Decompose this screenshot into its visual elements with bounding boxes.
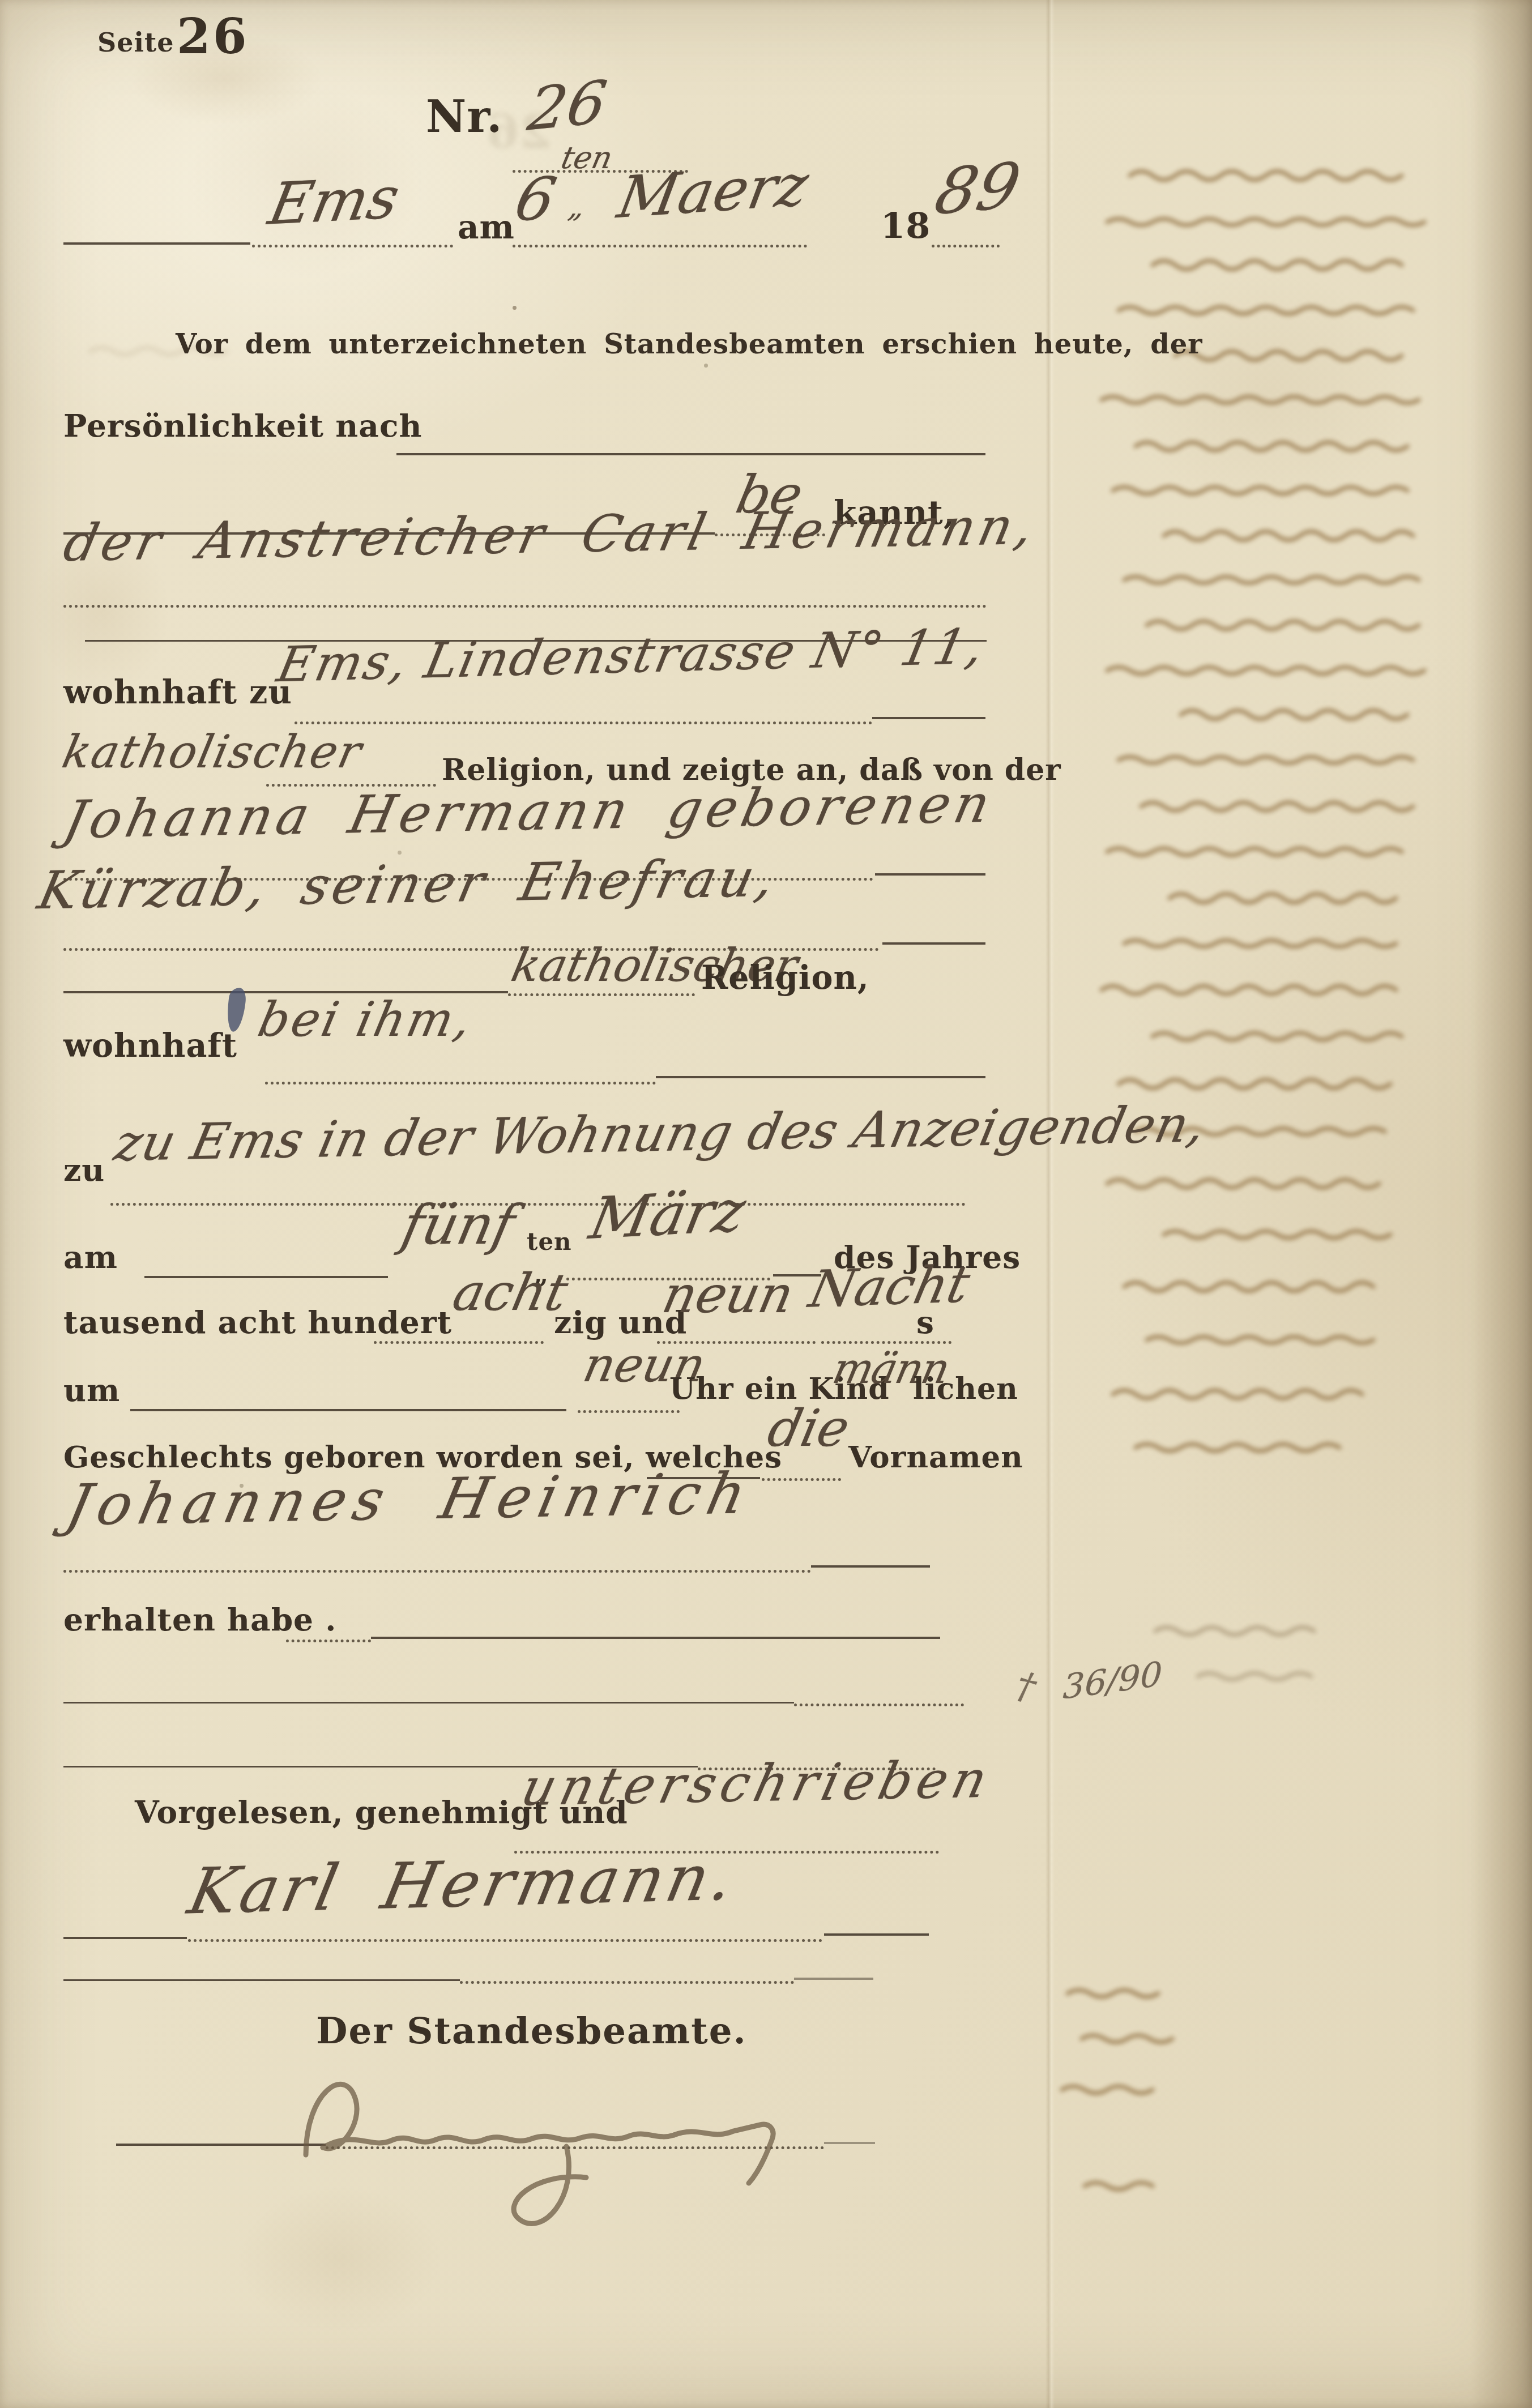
dotted-rule (932, 245, 1000, 247)
form-rule (824, 1933, 929, 1936)
form-rule (875, 873, 985, 876)
form-rule (63, 1979, 460, 1981)
seite-label: Seite (97, 29, 174, 55)
residence-label: wohnhaft zu (63, 676, 292, 708)
year-entry: 89 (930, 154, 1025, 224)
birthyear-printed-start: tausend acht hundert (63, 1307, 452, 1338)
ink-blot (225, 987, 247, 1033)
ink-speck (704, 364, 708, 368)
residence2-label: wohnhaft (63, 1030, 237, 1062)
dotted-rule (578, 1410, 680, 1413)
dotted-rule (286, 1640, 371, 1642)
form-rule (63, 1937, 187, 1939)
declarant-signature: Karl Hermann. (184, 1846, 742, 1923)
day-entry: 6 (510, 170, 561, 229)
ink-speck (513, 306, 517, 310)
attestation-handwritten: unterschrieben (517, 1754, 997, 1813)
intro-line1: Vor dem unterzeichneten Standesbeamten e… (176, 331, 1203, 358)
dotted-rule (513, 245, 807, 247)
dotted-rule (265, 1082, 656, 1085)
closing-printed: erhalten habe . (63, 1604, 336, 1635)
dotted-rule (252, 245, 453, 247)
dotted-rule (110, 1203, 966, 1206)
dotted-rule (63, 1570, 811, 1573)
form-rule (811, 1565, 930, 1568)
mother-name-entry: Johanna Hermann geborenen (59, 778, 998, 846)
form-rule (130, 1409, 566, 1411)
birthtime-label: um (63, 1374, 120, 1406)
birthplace-label: zu (63, 1154, 105, 1185)
birthyear-unit-entry: neun (658, 1270, 797, 1321)
dotted-rule (762, 1478, 841, 1481)
birthdate-suffix: ten (527, 1230, 572, 1254)
page-edge-shadow (1470, 0, 1532, 2408)
mother-maidenname-entry: Kürzab, seiner Ehefrau, (34, 852, 783, 917)
dotted-rule (374, 1341, 544, 1344)
form-rule (371, 1637, 940, 1639)
form-rule (872, 717, 985, 719)
bleedthrough-writing (1051, 0, 1532, 2408)
page-number: 26 (177, 12, 249, 61)
place-entry: Ems (264, 169, 404, 234)
article-handwritten: die (763, 1403, 854, 1454)
am-label: am (458, 211, 515, 244)
margin-cross-mark: † (1013, 1666, 1040, 1707)
dotted-rule (188, 1939, 822, 1942)
registrar-signature (266, 2039, 833, 2277)
form-rule (63, 242, 250, 245)
birthdate-day-entry: fünf (398, 1198, 519, 1252)
intro-line2-label: Persönlichkeit nach (63, 410, 422, 441)
birthyear-time-entry: Nacht (805, 1259, 974, 1316)
birthdate-month-entry: März (585, 1182, 750, 1248)
dotted-rule (508, 993, 695, 996)
form-rule (144, 1276, 388, 1278)
form-rule (63, 1702, 794, 1703)
dotted-rule (460, 1981, 794, 1984)
dotted-rule (794, 1703, 964, 1706)
birthdate-label: am (63, 1241, 118, 1273)
record-number-label: Nr. (426, 95, 502, 139)
form-rule (396, 453, 985, 455)
year-century: 18 (881, 208, 931, 244)
residence-entry: Ems, Lindenstrasse N° 11, (274, 622, 989, 689)
residence2-entry: bei ihm, (254, 996, 477, 1043)
declarant-entry: der Anstreicher Carl Hermann, (59, 501, 1042, 569)
religion2-printed: Religion, (701, 962, 869, 994)
birthyear-printed-end: s (916, 1307, 934, 1338)
month-entry: Maerz (613, 157, 812, 228)
vornamen-printed: Vornamen (848, 1442, 1023, 1472)
dotted-rule (821, 1341, 951, 1344)
dotted-rule (63, 605, 987, 608)
form-rule (656, 1076, 985, 1078)
religion1-entry: katholischer (58, 729, 366, 775)
dotted-rule (295, 721, 872, 724)
firstnames-entry: Johannes Heinrich (62, 1466, 758, 1534)
suffix-mark: „ (566, 193, 587, 222)
record-number-value: 26 (524, 72, 610, 139)
day-suffix-entry: ten (558, 143, 615, 173)
birthtime-printed-end: lichen (913, 1374, 1018, 1404)
form-rule (882, 942, 985, 945)
form-rule (794, 1978, 873, 1980)
birth-record-page: 26 Seite 26 Nr. 26 Ems am 6 ten „ Maerz … (0, 0, 1532, 2408)
